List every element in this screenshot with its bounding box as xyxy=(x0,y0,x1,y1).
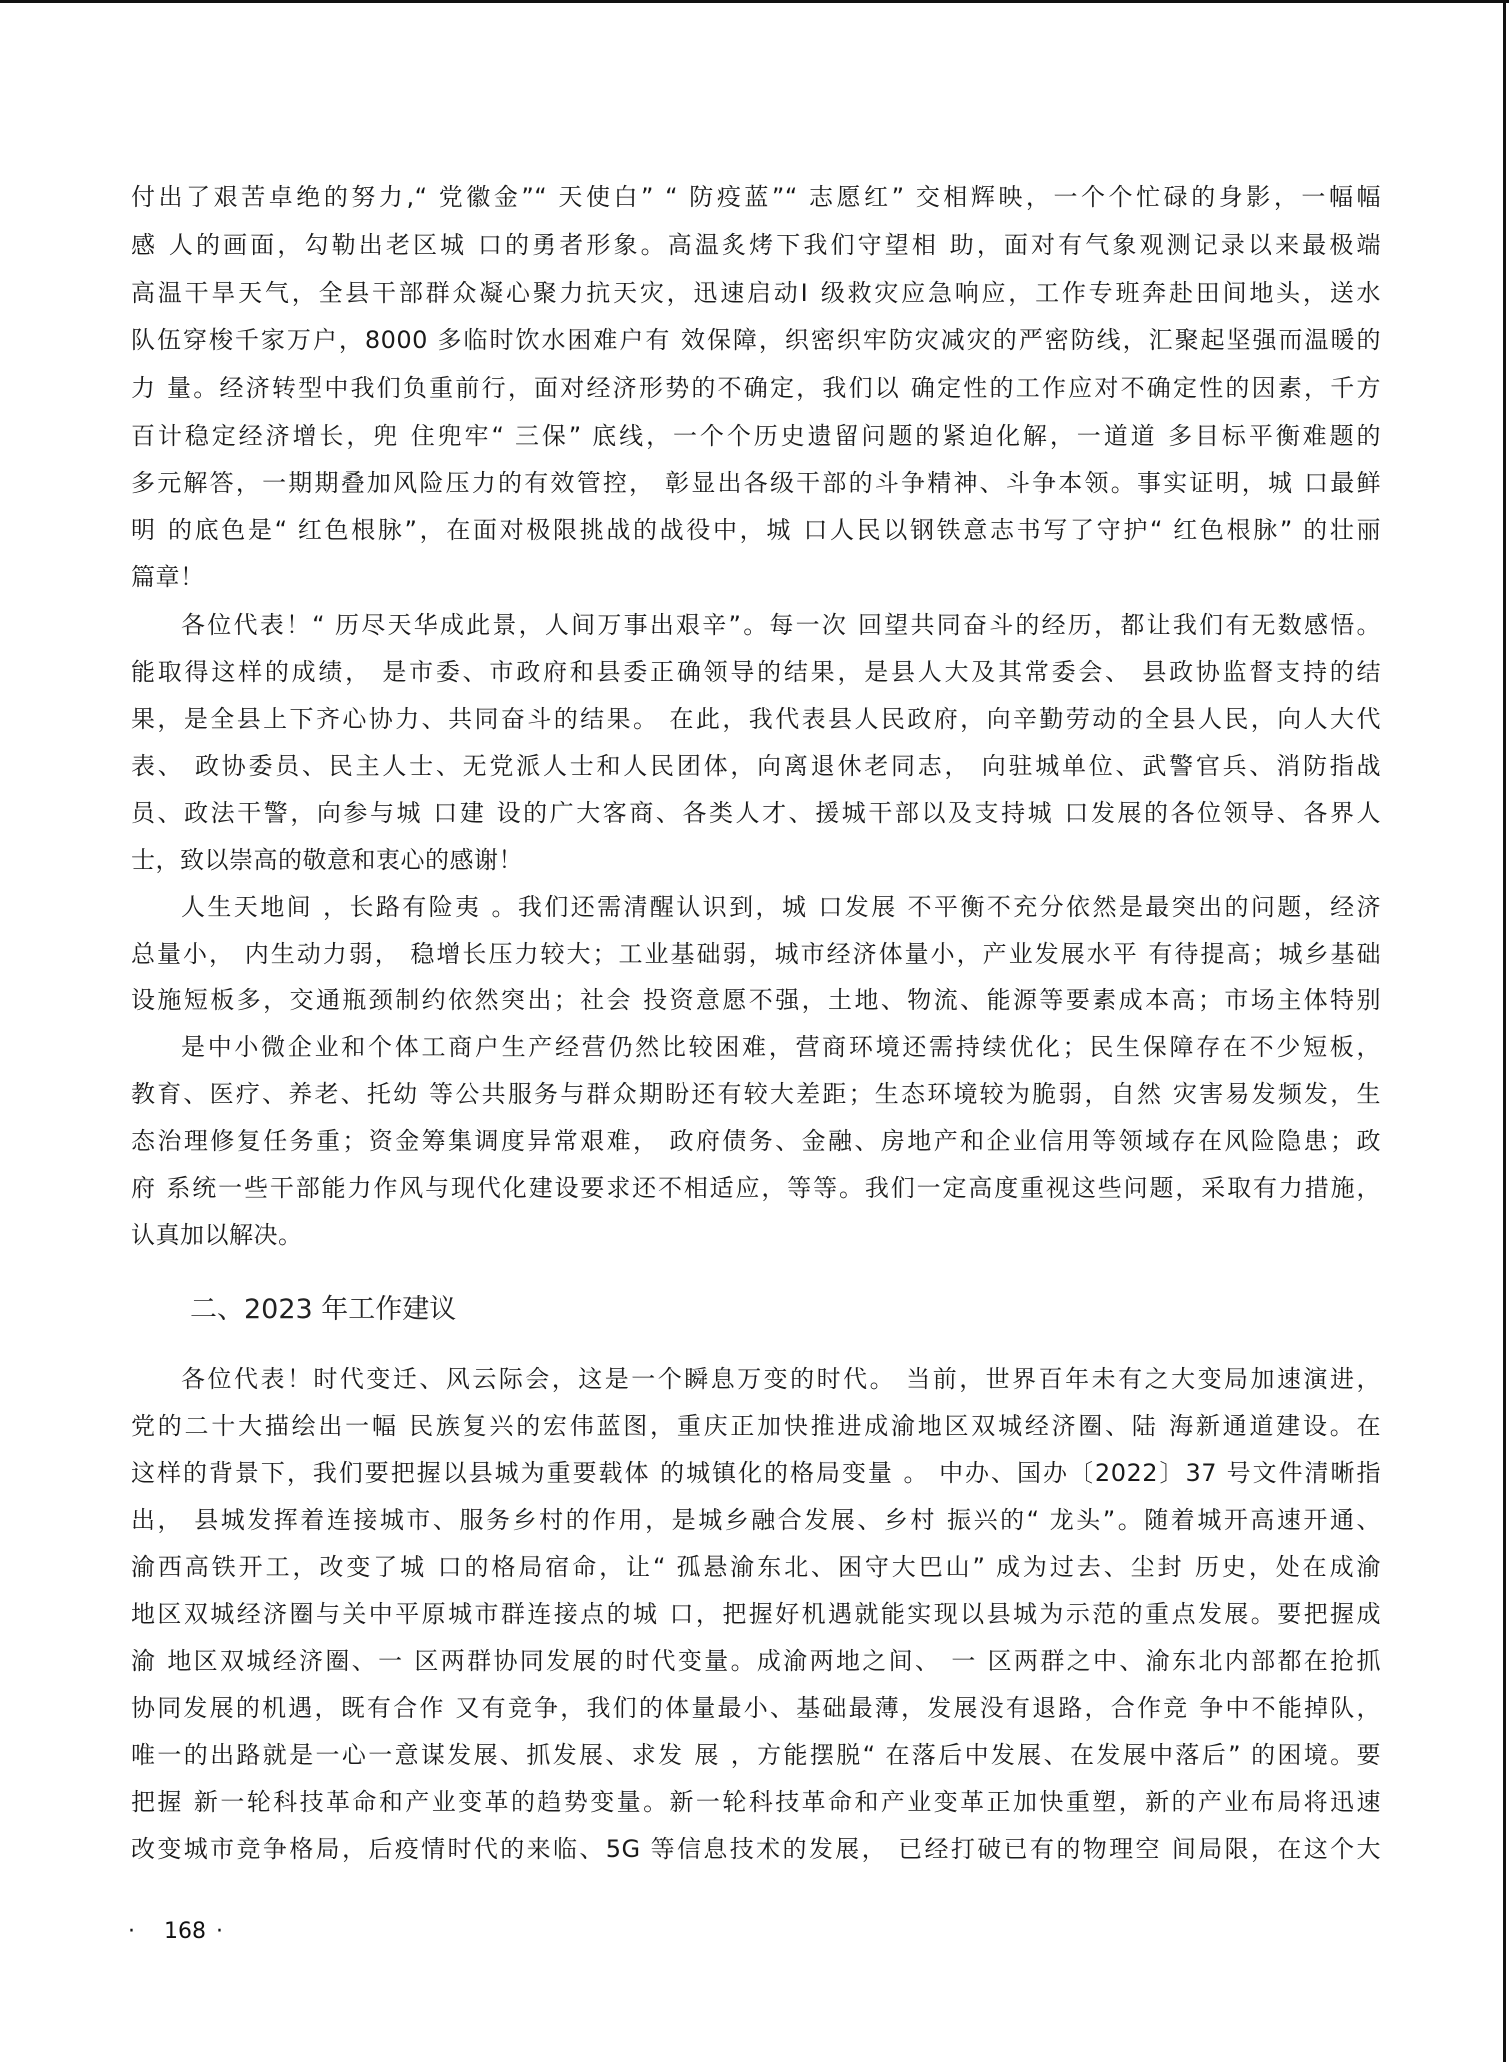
text-line: 百计稳定经济增长，兜 住兜牢“ 三保” 底线，一个个历史遗留问题的紧迫化解，一道… xyxy=(131,421,1381,451)
text-line: 果，是全县上下齐心协力、共同奋斗的结果。 在此，我代表县人民政府，向辛勤劳动的全… xyxy=(131,704,1381,734)
text-line: 人生天地间 ，长路有险夷 。我们还需清醒认识到，城 口发展 不平衡不充分依然是最… xyxy=(181,892,1381,922)
page-number-value: 168 xyxy=(164,1919,206,1944)
text-line: 士，致以崇高的敬意和衷心的感谢！ xyxy=(131,845,1381,875)
text-line: 力 量。经济转型中我们负重前行，面对经济形势的不确定，我们以 确定性的工作应对不… xyxy=(131,373,1381,403)
page-number: ·168· xyxy=(128,1917,222,1947)
text-line: 多元解答，一期期叠加风险压力的有效管控， 彰显出各级干部的斗争精神、斗争本领。事… xyxy=(131,468,1381,498)
text-line: 态治理修复任务重；资金筹集调度异常艰难， 政府债务、金融、房地产和企业信用等领域… xyxy=(131,1126,1381,1156)
text-line: 渝 地区双城经济圈、一 区两群协同发展的时代变量。成渝两地之间、 一 区两群之中… xyxy=(131,1646,1381,1676)
text-line: 教育、医疗、养老、托幼 等公共服务与群众期盼还有较大差距；生态环境较为脆弱，自然… xyxy=(131,1079,1381,1109)
page-number-dot-right: · xyxy=(216,1917,222,1947)
text-line: 队伍穿梭千家万户，8000 多临时饮水困难户有 效保障，织密织牢防灾减灾的严密防… xyxy=(131,325,1381,355)
text-line: 出， 县城发挥着连接城市、服务乡村的作用，是城乡融合发展、乡村 振兴的“ 龙头”… xyxy=(131,1505,1381,1535)
text-line: 表、 政协委员、民主人士、无党派人士和人民团体，向离退休老同志， 向驻城单位、武… xyxy=(131,751,1381,781)
text-line: 篇章！ xyxy=(131,562,1381,592)
section-heading: 二、2023 年工作建议 xyxy=(190,1293,456,1327)
text-line: 各位代表！时代变迁、风云际会，这是一个瞬息万变的时代。 当前，世界百年未有之大变… xyxy=(181,1364,1381,1394)
text-line: 把握 新一轮科技革命和产业变革的趋势变量。新一轮科技革命和产业变革正加快重塑，新… xyxy=(131,1787,1381,1817)
text-line: 府 系统一些干部能力作风与现代化建设要求还不相适应，等等。我们一定高度重视这些问… xyxy=(131,1173,1381,1203)
document-page: 付出了艰苦卓绝的努力,“ 党徽金”“ 天使白” “ 防疫蓝”“ 志愿红” 交相辉… xyxy=(0,0,1509,2062)
text-line: 协同发展的机遇，既有合作 又有竞争，我们的体量最小、基础最薄，发展没有退路，合作… xyxy=(131,1693,1381,1723)
text-line: 党的二十大描绘出一幅 民族复兴的宏伟蓝图，重庆正加快推进成渝地区双城经济圈、陆 … xyxy=(131,1411,1381,1441)
text-line: 能取得这样的成绩， 是市委、市政府和县委正确领导的结果，是县人大及其常委会、 县… xyxy=(131,657,1381,687)
text-line: 地区双城经济圈与关中平原城市群连接点的城 口，把握好机遇就能实现以县城为示范的重… xyxy=(131,1599,1381,1629)
text-line: 这样的背景下，我们要把握以县城为重要载体 的城镇化的格局变量 。 中办、国办〔2… xyxy=(131,1458,1381,1488)
text-line: 唯一的出路就是一心一意谋发展、抓发展、求发 展 ，方能摆脱“ 在落后中发展、在发… xyxy=(131,1740,1381,1770)
text-line: 付出了艰苦卓绝的努力,“ 党徽金”“ 天使白” “ 防疫蓝”“ 志愿红” 交相辉… xyxy=(131,182,1381,212)
text-line: 员、政法干警，向参与城 口建 设的广大客商、各类人才、援城干部以及支持城 口发展… xyxy=(131,798,1381,828)
text-line: 改变城市竞争格局，后疫情时代的来临、5G 等信息技术的发展， 已经打破已有的物理… xyxy=(131,1834,1381,1864)
page-number-dot-left: · xyxy=(128,1917,134,1947)
text-line: 高温干旱天气，全县干部群众凝心聚力抗天灾，迅速启动Ⅰ 级救灾应急响应，工作专班奔… xyxy=(131,278,1381,308)
text-line: 认真加以解决。 xyxy=(131,1220,1381,1250)
text-line: 设施短板多，交通瓶颈制约依然突出；社会 投资意愿不强，土地、物流、能源等要素成本… xyxy=(131,985,1381,1015)
text-line: 明 的底色是“ 红色根脉”，在面对极限挑战的战役中，城 口人民以钢铁意志书写了守… xyxy=(131,515,1381,545)
text-line: 渝西高铁开工，改变了城 口的格局宿命，让“ 孤悬渝东北、困守大巴山” 成为过去、… xyxy=(131,1552,1381,1582)
text-line: 是中小微企业和个体工商户生产经营仍然比较困难，营商环境还需持续优化；民生保障存在… xyxy=(181,1032,1381,1062)
text-line: 感 人的画面，勾勒出老区城 口的勇者形象。高温炙烤下我们守望相 助，面对有气象观… xyxy=(131,230,1381,260)
text-line: 总量小， 内生动力弱， 稳增长压力较大；工业基础弱，城市经济体量小，产业发展水平… xyxy=(131,939,1381,969)
text-line: 各位代表！“ 历尽天华成此景，人间万事出艰辛”。每一次 回望共同奋斗的经历，都让… xyxy=(181,610,1381,640)
